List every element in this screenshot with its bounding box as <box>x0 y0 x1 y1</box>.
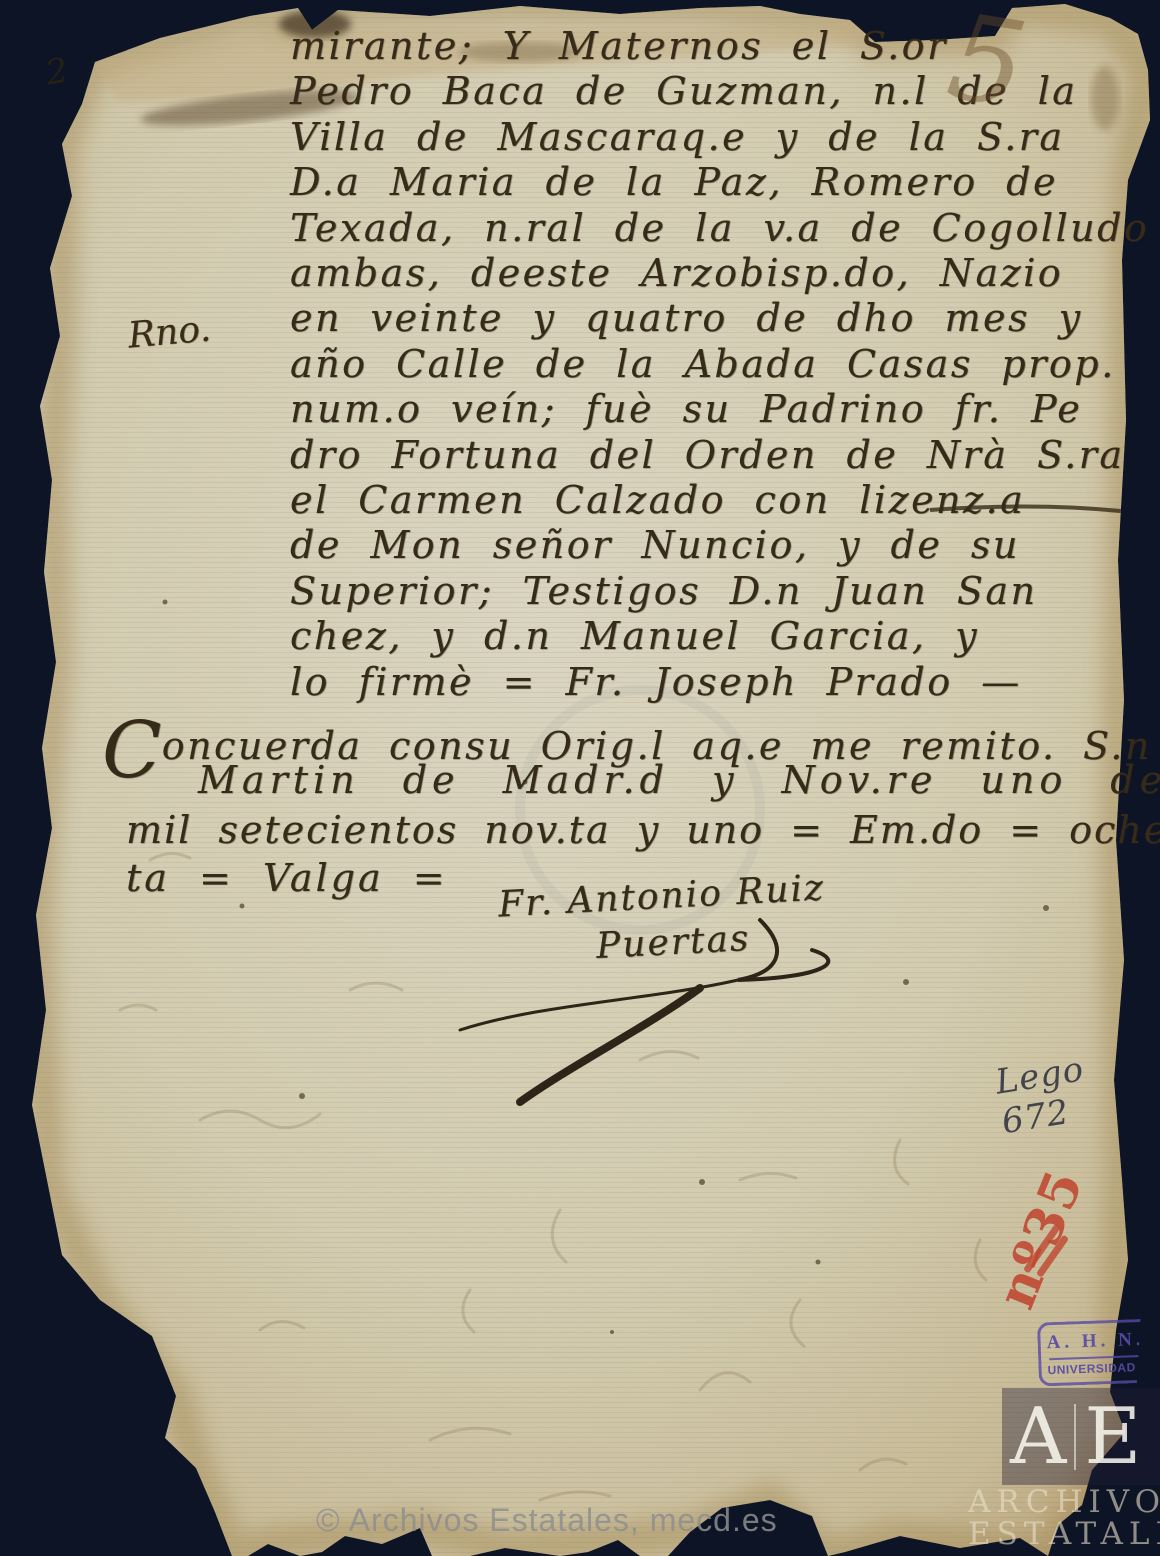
manuscript-line: ambas, deeste Arzobisp.do, Nazio <box>290 251 1160 296</box>
manuscript-line: Villa de Mascaraq.e y de la S.ra <box>290 115 1160 160</box>
signature-surname: Puertas <box>595 918 751 967</box>
archive-scan: mirante; Y Maternos el S.or Pedro Baca d… <box>0 0 1160 1556</box>
manuscript-body: mirante; Y Maternos el S.or Pedro Baca d… <box>290 24 1160 705</box>
manuscript-line: de Mon señor Nuncio, y de su <box>290 523 1160 568</box>
concuerda-line: ta = Valga = <box>126 856 448 900</box>
manuscript-line: Pedro Baca de Guzman, n.l de la <box>290 69 1160 114</box>
manuscript-line: D.a Maria de la Paz, Romero de <box>290 160 1160 205</box>
copyright-watermark: © Archivos Estatales, mecd.es <box>316 1502 778 1539</box>
concuerda-line: Martin de Madr.d y Nov.re uno de <box>198 758 1160 802</box>
ae-logo-letter-a: A <box>1010 1398 1066 1476</box>
manuscript-line: Superior; Testigos D.n Juan San <box>290 569 1160 614</box>
manuscript-line: num.o veín; fuè su Padrino fr. Pe <box>290 387 1160 432</box>
concuerda-line: mil setecientos nov.ta y uno = Em.do = o… <box>126 808 1160 852</box>
margin-note: Rno. <box>126 308 212 356</box>
manuscript-line: en veinte y quatro de dho mes y <box>290 296 1160 341</box>
manuscript-line: el Carmen Calzado con lizenz.a <box>290 478 1160 523</box>
estatales-line: ESTATALES <box>968 1516 1160 1552</box>
ae-logo-divider <box>1074 1404 1076 1470</box>
manuscript-line: Texada, n.ral de la v.a de Cogolludo <box>290 206 1160 251</box>
ae-logo: A E <box>1002 1388 1160 1485</box>
ae-logo-letter-e: E <box>1084 1398 1141 1476</box>
manuscript-line: año Calle de la Abada Casas prop. <box>290 342 1160 387</box>
archivos-line: ARCHIVOS <box>968 1484 1160 1520</box>
manuscript-line: chez, y d.n Manuel Garcia, y <box>290 614 1160 659</box>
manuscript-line: dro Fortuna del Orden de Nrà S.ra <box>290 433 1160 478</box>
manuscript-line: lo firmè = Fr. Joseph Prado — <box>290 660 1160 705</box>
